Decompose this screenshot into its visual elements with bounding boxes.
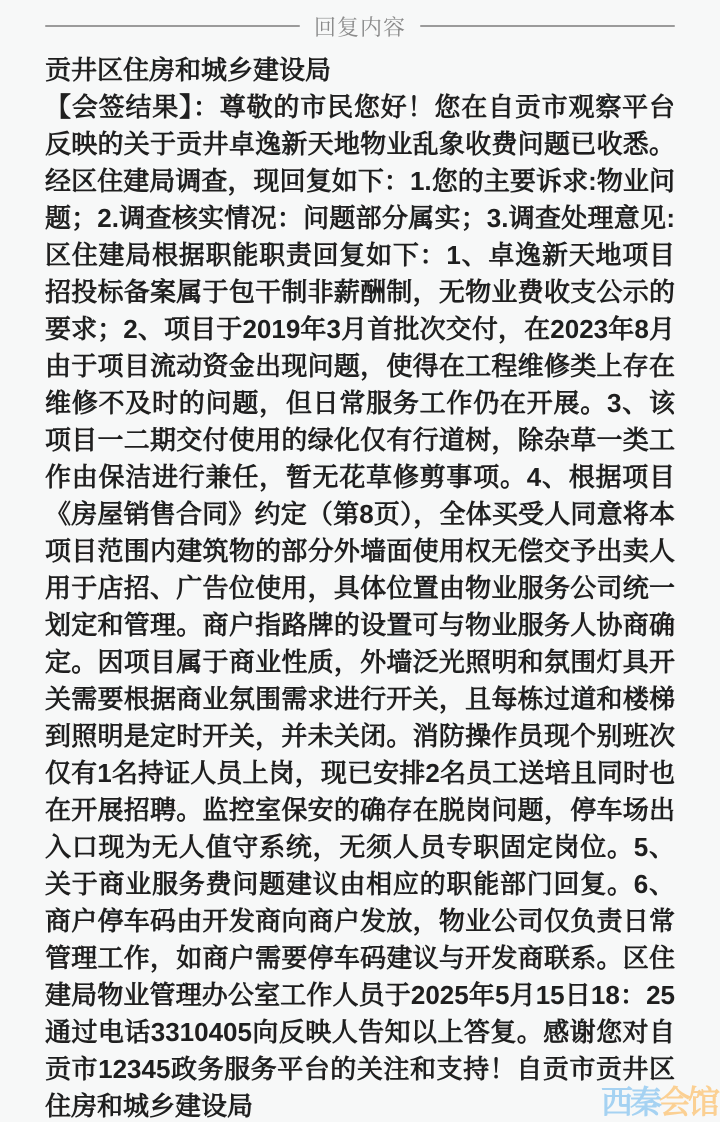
reply-page: 回复内容 贡井区住房和城乡建设局 【会签结果】：尊敬的市民您好！您在自贡市观察平… [0,0,720,1122]
watermark-text-orange: 会馆 [659,1084,717,1120]
department-name: 贡井区住房和城乡建设局 [45,52,675,89]
divider-line-left [45,25,300,28]
watermark: 西秦会馆 [601,1086,717,1118]
section-title: 回复内容 [314,11,406,42]
section-header: 回复内容 [45,12,675,40]
watermark-text-blue: 西秦 [601,1084,659,1120]
reply-content: 贡井区住房和城乡建设局 【会签结果】：尊敬的市民您好！您在自贡市观察平台反映的关… [45,52,675,1122]
divider-line-right [420,25,675,28]
reply-text: 【会签结果】：尊敬的市民您好！您在自贡市观察平台反映的关于贡井卓逸新天地物业乱象… [45,89,675,1122]
